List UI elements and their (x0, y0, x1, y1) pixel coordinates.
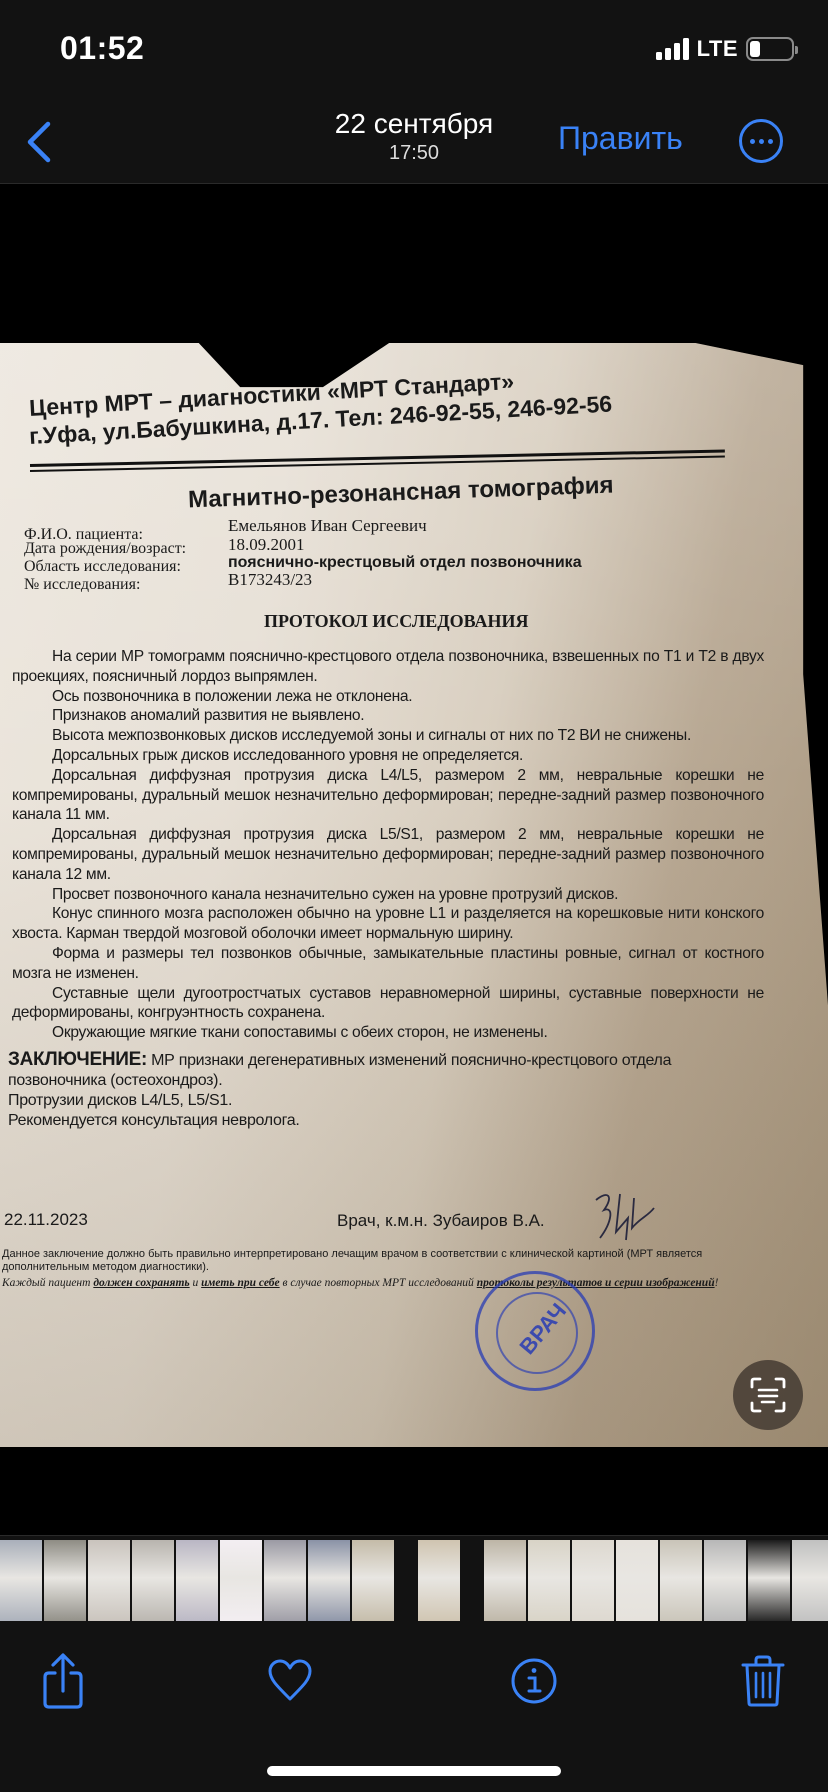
doctor-stamp: ВРАЧ (475, 1271, 595, 1391)
mri-report: Центр МРТ – диагностики «МРТ Стандарт» г… (0, 343, 828, 1447)
signature (590, 1188, 660, 1248)
thumbnail[interactable] (0, 1540, 42, 1624)
more-options-button[interactable] (739, 119, 783, 163)
report-paragraph: Окружающие мягкие ткани сопоставимы с об… (12, 1023, 764, 1043)
report-paragraph: Просвет позвоночного канала незначительн… (12, 885, 764, 905)
favorite-button[interactable] (260, 1651, 320, 1711)
doctor-name: Врач, к.м.н. Зубаиров В.А. (337, 1211, 545, 1231)
conclusion-line: Протрузии дисков L4/L5, L5/S1. (8, 1091, 768, 1111)
photo-viewer[interactable]: Центр МРТ – диагностики «МРТ Стандарт» г… (0, 185, 828, 1535)
thumbnail[interactable] (418, 1540, 460, 1624)
photo-time: 17:50 (0, 142, 828, 165)
report-paragraph: Конус спинного мозга расположен обычно н… (12, 904, 764, 944)
thumbnail[interactable] (792, 1540, 828, 1624)
share-button[interactable] (33, 1651, 93, 1711)
conclusion-line: Рекомендуется консультация невролога. (8, 1111, 768, 1131)
ellipsis-dot (768, 139, 773, 144)
thumbnail[interactable] (660, 1540, 702, 1624)
report-body: На серии МР томограмм пояснично-крестцов… (12, 647, 764, 1043)
report-paragraph: Форма и размеры тел позвонков обычные, з… (12, 944, 764, 984)
ellipsis-dot (750, 139, 755, 144)
thumbnail[interactable] (616, 1540, 658, 1624)
live-text-button[interactable] (733, 1360, 803, 1430)
report-paragraph: Дорсальная диффузная протрузия диска L5/… (12, 825, 764, 884)
network-type: LTE (697, 36, 738, 62)
home-indicator[interactable] (267, 1766, 561, 1776)
field-value: Емельянов Иван Сергеевич (228, 516, 427, 536)
field-label: Дата рождения/возраст: (24, 540, 186, 558)
status-indicators: LTE (656, 36, 794, 62)
photo-date: 22 сентября (0, 108, 828, 140)
thumbnail[interactable] (484, 1540, 526, 1624)
delete-button[interactable] (733, 1651, 793, 1711)
thumbnail[interactable] (352, 1540, 394, 1624)
thumbnail[interactable] (308, 1540, 350, 1624)
conclusion-label: ЗАКЛЮЧЕНИЕ: (8, 1049, 147, 1070)
battery-icon (746, 37, 794, 61)
thumbnail-gap (396, 1540, 416, 1624)
chevron-left-icon (22, 118, 58, 166)
report-paragraph: Ось позвоночника в положении лежа не отк… (12, 687, 764, 707)
field-label: № исследования: (24, 576, 140, 594)
stamp-text: ВРАЧ (514, 1298, 571, 1359)
thumbnail[interactable] (132, 1540, 174, 1624)
report-paragraph: Суставные щели дугоотростчатых суставов … (12, 984, 764, 1024)
patient-note: Каждый пациент должен сохранять и иметь … (2, 1277, 772, 1289)
thumbnail-strip[interactable] (0, 1535, 828, 1621)
status-bar: 01:52 LTE (0, 0, 828, 100)
trash-icon (741, 1655, 785, 1707)
thumbnail[interactable] (220, 1540, 262, 1624)
battery-level (750, 41, 760, 57)
heart-icon (266, 1659, 314, 1703)
report-title: Магнитно-резонансная томография (188, 472, 614, 515)
document-photo: Центр МРТ – диагностики «МРТ Стандарт» г… (0, 343, 828, 1447)
thumbnail-gap (462, 1540, 482, 1624)
report-paragraph: Признаков аномалий развития не выявлено. (12, 706, 764, 726)
report-date: 22.11.2023 (4, 1210, 88, 1230)
thumbnail[interactable] (704, 1540, 746, 1624)
conclusion: ЗАКЛЮЧЕНИЕ: МР признаки дегенеративных и… (8, 1050, 768, 1131)
info-button[interactable] (504, 1651, 564, 1711)
disclaimer: Данное заключение должно быть правильно … (2, 1248, 772, 1274)
back-button[interactable] (22, 118, 58, 166)
edit-button[interactable]: Править (558, 120, 683, 157)
share-icon (41, 1653, 85, 1709)
thumbnail[interactable] (528, 1540, 570, 1624)
photo-date-title: 22 сентября 17:50 (0, 108, 828, 165)
thumbnail[interactable] (44, 1540, 86, 1624)
thumbnail[interactable] (572, 1540, 614, 1624)
protocol-title: ПРОТОКОЛ ИССЛЕДОВАНИЯ (264, 611, 529, 632)
report-paragraph: Дорсальная диффузная протрузия диска L4/… (12, 766, 764, 825)
report-paragraph: На серии МР томограмм пояснично-крестцов… (12, 647, 764, 687)
report-paragraph: Высота межпозвонковых дисков исследуемой… (12, 726, 764, 746)
field-value: 18.09.2001 (228, 535, 305, 555)
thumbnail[interactable] (748, 1540, 790, 1624)
field-value: B173243/23 (228, 570, 312, 590)
nav-bar: 22 сентября 17:50 Править (0, 100, 828, 184)
info-icon (510, 1657, 558, 1705)
cellular-signal-icon (656, 38, 689, 60)
thumbnail[interactable] (264, 1540, 306, 1624)
status-time: 01:52 (60, 30, 144, 67)
ellipsis-dot (759, 139, 764, 144)
thumbnail[interactable] (88, 1540, 130, 1624)
report-paragraph: Дорсальных грыж дисков исследованного ур… (12, 746, 764, 766)
live-text-icon (748, 1375, 788, 1415)
field-label: Область исследования: (24, 558, 181, 576)
thumbnails (0, 1540, 828, 1620)
thumbnail[interactable] (176, 1540, 218, 1624)
